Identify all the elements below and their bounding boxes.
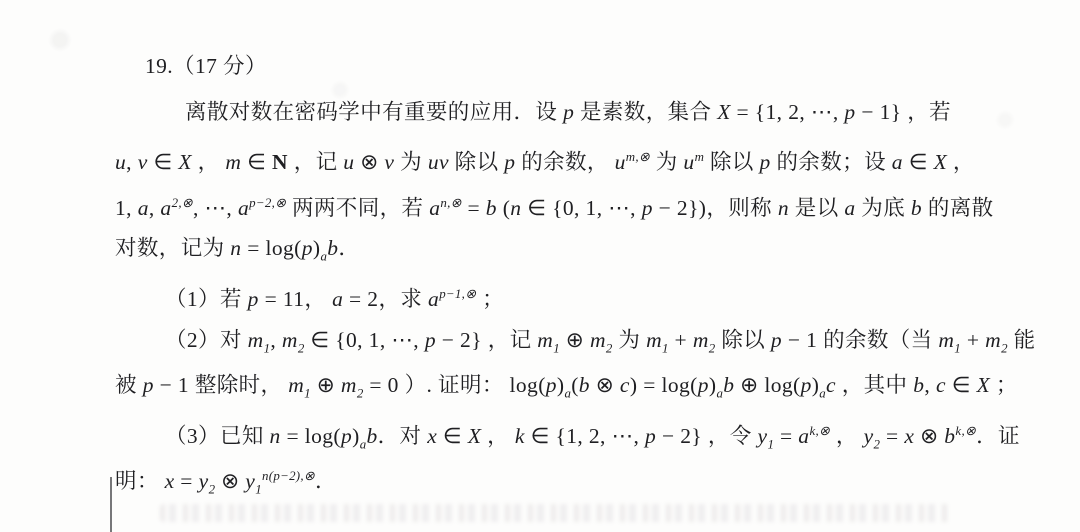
math-run: − 2}) — [653, 196, 707, 220]
text-run: 为 — [650, 150, 683, 174]
math-run: a — [844, 196, 855, 220]
math-run: 1 — [304, 386, 311, 400]
text-run: 为底 — [856, 196, 911, 220]
math-run: ∈ {0, 1, ⋯, — [305, 328, 425, 352]
text-line-9: （3）已知 n = log(p)ab．对 x ∈ X ， k ∈ {1, 2, … — [113, 409, 1013, 455]
math-run: m,⊗ — [626, 150, 650, 164]
text-run: 明： — [115, 470, 165, 494]
math-run: 2 — [1001, 341, 1008, 355]
math-run: b — [944, 424, 955, 448]
text-run: 两两不同，若 — [286, 196, 429, 220]
math-run: + — [961, 328, 985, 352]
math-run: = {1, 2, ⋯, — [731, 100, 845, 124]
page-binding-edge — [110, 477, 112, 532]
math-run: n — [778, 196, 789, 220]
text-run: ， — [947, 150, 975, 174]
math-run: m — [985, 328, 1001, 352]
text-line-3: u, v ∈ X ， m ∈ N ，记 u ⊗ v 为 uv 除以 p 的余数，… — [113, 135, 1013, 181]
math-run: ∈ — [241, 150, 272, 174]
text-run: ， — [830, 424, 863, 448]
math-run: = log( — [241, 236, 301, 260]
math-run: m — [341, 373, 357, 397]
math-run: 2 — [709, 341, 716, 355]
math-run: 2 — [357, 386, 364, 400]
text-line-10: 明： x = y2 ⊗ y1n(p−2),⊗． — [113, 454, 1013, 500]
text-run: ，求 — [378, 287, 428, 311]
math-run: y — [864, 424, 874, 448]
math-run: x — [427, 424, 437, 448]
text-line-2: 离散对数在密码学中有重要的应用．设 p 是素数，集合 X = {1, 2, ⋯,… — [113, 90, 1013, 136]
math-run: = — [880, 424, 904, 448]
math-run: 2 — [606, 341, 613, 355]
text-run: ，记 — [288, 150, 343, 174]
math-run: b — [486, 196, 497, 220]
math-run: p — [302, 236, 313, 260]
text-run: ； — [990, 373, 1018, 397]
text-run: ，则称 — [706, 196, 777, 220]
math-run: − 1} — [856, 100, 902, 124]
math-run: 1, — [115, 196, 138, 220]
math-run: = — [175, 470, 199, 494]
math-run: p — [425, 328, 436, 352]
math-run: p — [341, 424, 352, 448]
math-run: ⊗ — [354, 150, 384, 174]
math-run: n(p−2),⊗ — [262, 469, 315, 483]
math-run: p — [645, 424, 656, 448]
math-run: ∈ {0, 1, ⋯, — [521, 196, 641, 220]
text-run: 是以 — [789, 196, 844, 220]
math-run: ∈ — [148, 150, 179, 174]
math-run: m — [590, 328, 606, 352]
text-run: 除以 — [449, 150, 504, 174]
math-run: = — [462, 196, 486, 220]
math-run: − 1 — [782, 328, 817, 352]
math-run: p — [801, 373, 812, 397]
text-run: 的余数， — [515, 150, 614, 174]
math-run: u — [343, 150, 354, 174]
math-run: p — [143, 373, 154, 397]
text-run: 被 — [115, 373, 143, 397]
math-run: p−2,⊗ — [249, 196, 286, 210]
math-run: 1 — [662, 341, 669, 355]
text-run: （17 分） — [173, 54, 267, 78]
text-run: ； — [476, 287, 504, 311]
math-run: b — [911, 196, 922, 220]
text-run: （2）对 — [165, 328, 248, 352]
math-run: m — [938, 328, 954, 352]
math-run: p — [760, 150, 771, 174]
math-run: p−1,⊗ — [439, 287, 476, 301]
math-run: m — [646, 328, 662, 352]
text-run: ． — [338, 236, 360, 260]
math-run: x — [904, 424, 914, 448]
math-run: X — [934, 150, 948, 174]
math-run: u — [115, 150, 126, 174]
text-line-7: （2）对 m1, m2 ∈ {0, 1, ⋯, p − 2} ，记 m1 ⊕ m… — [113, 318, 1013, 364]
text-run: 能 — [1008, 328, 1036, 352]
text-line-6: （1）若 p = 11， a = 2，求 ap−1,⊗ ； — [113, 272, 1013, 318]
math-run: p — [642, 196, 653, 220]
math-run: a — [160, 196, 171, 220]
text-run: 离散对数在密码学中有重要的应用．设 — [185, 100, 563, 124]
text-run: ）. 证明： — [399, 373, 510, 397]
text-run: ，其中 — [836, 373, 913, 397]
math-run: a — [428, 287, 439, 311]
math-run: b — [366, 424, 377, 448]
math-run: y — [758, 424, 768, 448]
math-run: a — [798, 424, 809, 448]
text-run: ，记 — [482, 328, 537, 352]
math-run: + — [669, 328, 693, 352]
math-run: b — [327, 236, 338, 260]
math-run: X — [717, 100, 731, 124]
text-run: 对数，记为 — [115, 236, 230, 260]
math-run: u — [683, 150, 694, 174]
math-run: − 1 — [154, 373, 189, 397]
math-run: = — [774, 424, 798, 448]
math-run: 1 — [255, 483, 262, 497]
text-run: ，若 — [902, 100, 952, 124]
math-run: p — [698, 373, 709, 397]
math-run: uv — [428, 150, 449, 174]
math-run: p — [844, 100, 855, 124]
math-run: ⊗ — [590, 373, 620, 397]
math-run: m — [537, 328, 553, 352]
text-run: （3）已知 — [165, 424, 270, 448]
scanned-document-page: 19.（17 分）离散对数在密码学中有重要的应用．设 p 是素数，集合 X = … — [0, 0, 1080, 532]
text-run: 是素数，集合 — [574, 100, 717, 124]
math-run: c — [826, 373, 836, 397]
math-run: 2,⊗ — [172, 196, 193, 210]
math-run: v — [138, 150, 148, 174]
text-run: （1）若 — [165, 287, 248, 311]
math-run: N — [272, 150, 288, 174]
math-run: = 11 — [259, 287, 305, 311]
math-run: 19. — [145, 54, 173, 78]
math-run: p — [771, 328, 782, 352]
math-run: = 0 — [364, 373, 399, 397]
math-run: b — [723, 373, 734, 397]
math-run: k — [515, 424, 525, 448]
math-run: ∈ — [946, 373, 977, 397]
math-run: p — [546, 373, 557, 397]
math-run: a — [892, 150, 903, 174]
math-run: ⊕ — [311, 373, 341, 397]
math-run: u — [615, 150, 626, 174]
math-run: m — [248, 328, 264, 352]
math-run: ( — [571, 373, 579, 397]
text-run: ． — [315, 470, 337, 494]
math-run: ∈ — [903, 150, 934, 174]
math-run: − 2} — [436, 328, 482, 352]
math-run: y — [199, 470, 209, 494]
math-run: m — [282, 328, 298, 352]
math-run: ⊕ — [560, 328, 590, 352]
text-line-4: 1, a, a2,⊗, ⋯, ap−2,⊗ 两两不同，若 an,⊗ = b (n… — [113, 181, 1013, 227]
math-run: a — [138, 196, 149, 220]
math-run: ⊕ log( — [734, 373, 800, 397]
math-run: , — [270, 328, 282, 352]
math-run: x — [165, 470, 175, 494]
page-bleed-through — [160, 504, 950, 522]
math-run: X — [468, 424, 482, 448]
math-run: X — [178, 150, 192, 174]
math-run: = 2 — [343, 287, 378, 311]
math-run: b — [913, 373, 924, 397]
math-run: , — [924, 373, 936, 397]
math-run: n,⊗ — [440, 196, 461, 210]
math-run: m — [695, 150, 705, 164]
text-line-8: 被 p − 1 整除时， m1 ⊕ m2 = 0 ）. 证明： log(p)a(… — [113, 363, 1013, 409]
math-run: ⊗ — [914, 424, 944, 448]
text-run: 的余数；设 — [771, 150, 892, 174]
math-run: c — [620, 373, 630, 397]
math-run: y — [245, 470, 255, 494]
math-run: ( — [497, 196, 510, 220]
text-line-1: 19.（17 分） — [113, 44, 1013, 90]
math-run: v — [384, 150, 394, 174]
math-run: k,⊗ — [809, 424, 830, 438]
math-run: , — [149, 196, 161, 220]
math-run: ∈ {1, 2, ⋯, — [525, 424, 645, 448]
text-run: 除以 — [704, 150, 759, 174]
text-run: 除以 — [716, 328, 771, 352]
math-run: m — [225, 150, 241, 174]
math-run: n — [230, 236, 241, 260]
problem-lines: 19.（17 分）离散对数在密码学中有重要的应用．设 p 是素数，集合 X = … — [113, 44, 1013, 500]
text-run: 的余数（当 — [817, 328, 938, 352]
text-run: 为 — [394, 150, 427, 174]
math-run: X — [977, 373, 991, 397]
math-run: a — [332, 287, 343, 311]
math-run: ) = log( — [630, 373, 698, 397]
math-run: m — [693, 328, 709, 352]
text-run: ，令 — [702, 424, 757, 448]
math-run: p — [248, 287, 259, 311]
math-run: a — [238, 196, 249, 220]
math-run: 1 — [553, 341, 560, 355]
text-run: ．证 — [976, 424, 1020, 448]
math-run: c — [936, 373, 946, 397]
math-run: a — [429, 196, 440, 220]
math-run: , ⋯, — [193, 196, 238, 220]
math-run: − 2} — [656, 424, 702, 448]
text-run: ， — [481, 424, 514, 448]
math-run: b — [579, 373, 590, 397]
text-run: 为 — [613, 328, 646, 352]
text-run: 的离散 — [922, 196, 993, 220]
math-run: p — [504, 150, 515, 174]
math-run: ) — [352, 424, 360, 448]
math-run: n — [270, 424, 281, 448]
math-run: = log( — [281, 424, 341, 448]
math-run: n — [510, 196, 521, 220]
math-run: , — [126, 150, 138, 174]
math-run: log( — [510, 373, 546, 397]
math-run: ∈ — [437, 424, 468, 448]
text-run: 整除时， — [189, 373, 288, 397]
math-run: 2 — [298, 341, 305, 355]
text-run: ， — [304, 287, 332, 311]
math-run: m — [288, 373, 304, 397]
text-run: ， — [192, 150, 225, 174]
text-line-5: 对数，记为 n = log(p)ab． — [113, 226, 1013, 272]
math-run: k,⊗ — [955, 424, 976, 438]
math-run: p — [563, 100, 574, 124]
text-run: ．对 — [378, 424, 428, 448]
math-run: ⊗ — [215, 470, 245, 494]
